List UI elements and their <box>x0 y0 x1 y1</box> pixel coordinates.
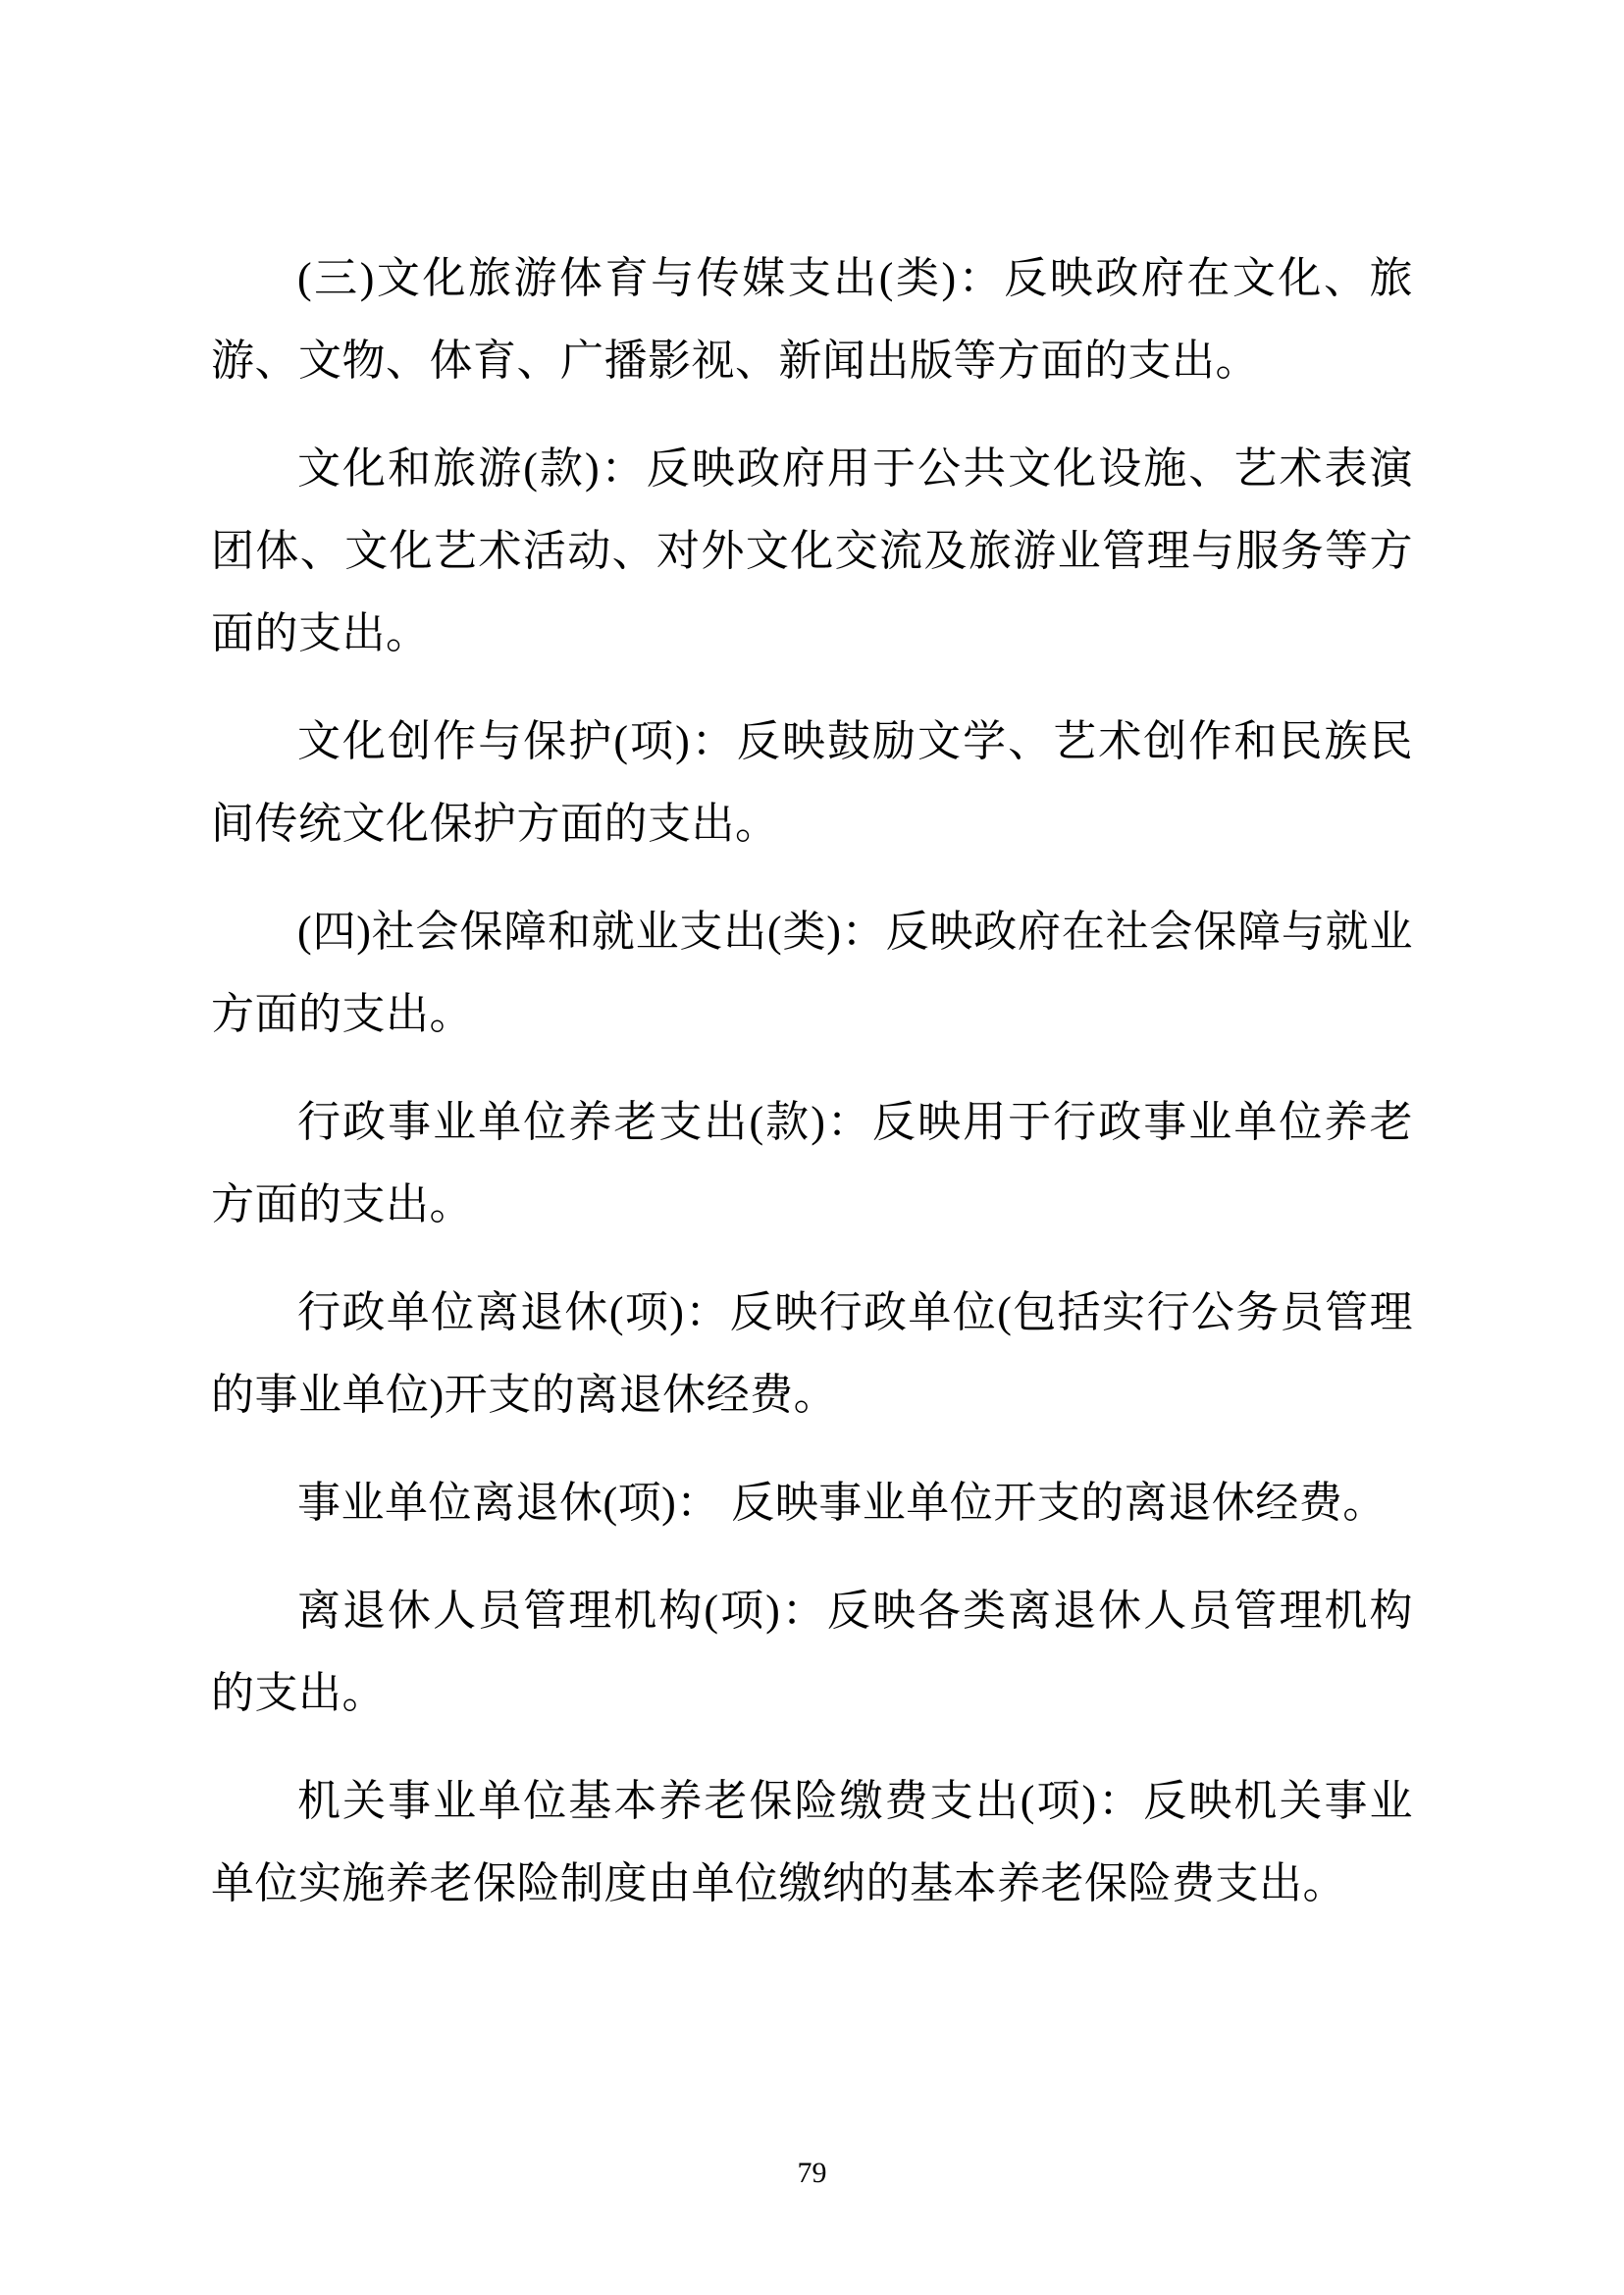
paragraph-social-security-employment-class: (四)社会保障和就业支出(类)：反映政府在社会保障与就业方面的支出。 <box>211 891 1413 1056</box>
paragraph-basic-pension-contribution-item: 机关事业单位基本养老保险缴费支出(项)：反映机关事业单位实施养老保险制度由单位缴… <box>211 1760 1413 1925</box>
paragraph-culture-tourism-media-class: (三)文化旅游体育与传媒支出(类)：反映政府在文化、旅游、文物、体育、广播影视、… <box>211 237 1413 402</box>
paragraph-retiree-management-agency-item: 离退休人员管理机构(项)：反映各类离退休人员管理机构的支出。 <box>211 1570 1413 1735</box>
paragraph-admin-institution-pension-section: 行政事业单位养老支出(款)：反映用于行政事业单位养老方面的支出。 <box>211 1081 1413 1246</box>
page-number: 79 <box>798 2157 827 2189</box>
document-content: (三)文化旅游体育与传媒支出(类)：反映政府在文化、旅游、文物、体育、广播影视、… <box>211 237 1413 1951</box>
paragraph-institution-retirement-item: 事业单位离退休(项)： 反映事业单位开支的离退休经费。 <box>211 1462 1413 1544</box>
paragraph-admin-unit-retirement-item: 行政单位离退休(项)：反映行政单位(包括实行公务员管理的事业单位)开支的离退休经… <box>211 1272 1413 1436</box>
paragraph-culture-creation-protection-item: 文化创作与保护(项)：反映鼓励文学、艺术创作和民族民间传统文化保护方面的支出。 <box>211 701 1413 865</box>
document-page: (三)文化旅游体育与传媒支出(类)：反映政府在文化、旅游、文物、体育、广播影视、… <box>0 0 1624 2295</box>
paragraph-culture-and-tourism-section: 文化和旅游(款)：反映政府用于公共文化设施、艺术表演团体、文化艺术活动、对外文化… <box>211 428 1413 675</box>
page-footer: 79 <box>0 2157 1624 2190</box>
